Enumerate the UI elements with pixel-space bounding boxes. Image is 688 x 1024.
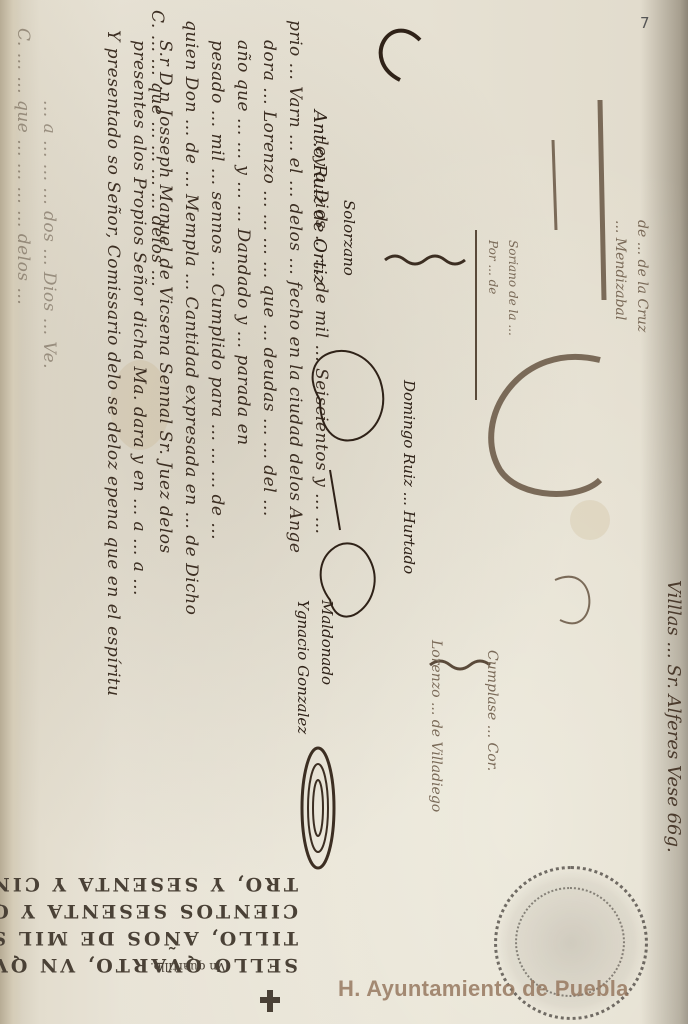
flourish-loop-icon <box>491 357 600 494</box>
manuscript-page: 7 C. ... ... que ... ... ... ... delos .… <box>0 0 688 1024</box>
signature-gonzalez: Ygnacio Gonzalez <box>294 600 312 734</box>
signature-hurtado: Domingo Ruiz ... Hurtado <box>400 380 418 574</box>
margin-note: Villlas ... Sr. Alferes Vese 66g. <box>663 580 684 853</box>
signature-ortiz-surname: Solorzano <box>340 200 358 276</box>
signature-cumplase: Cumplase ... Cor. <box>484 650 500 771</box>
signature-secretario: Por ... de <box>486 240 500 294</box>
signature-secretario-name: Soriano de la ... <box>506 240 520 336</box>
signature-gonzalez-surname: Maldonado <box>318 600 336 685</box>
signature-notary: ... Mendizabal <box>612 220 628 320</box>
signature-notary-name: de ... de la Cruz <box>634 220 650 332</box>
archive-watermark: H. Ayuntamiento de Puebla <box>338 976 629 1002</box>
signature-ortiz: Ant.o Ruiz de Ortiz <box>309 110 330 284</box>
signature-villadiego: Lorenzo ... de Villadiego <box>428 640 444 812</box>
